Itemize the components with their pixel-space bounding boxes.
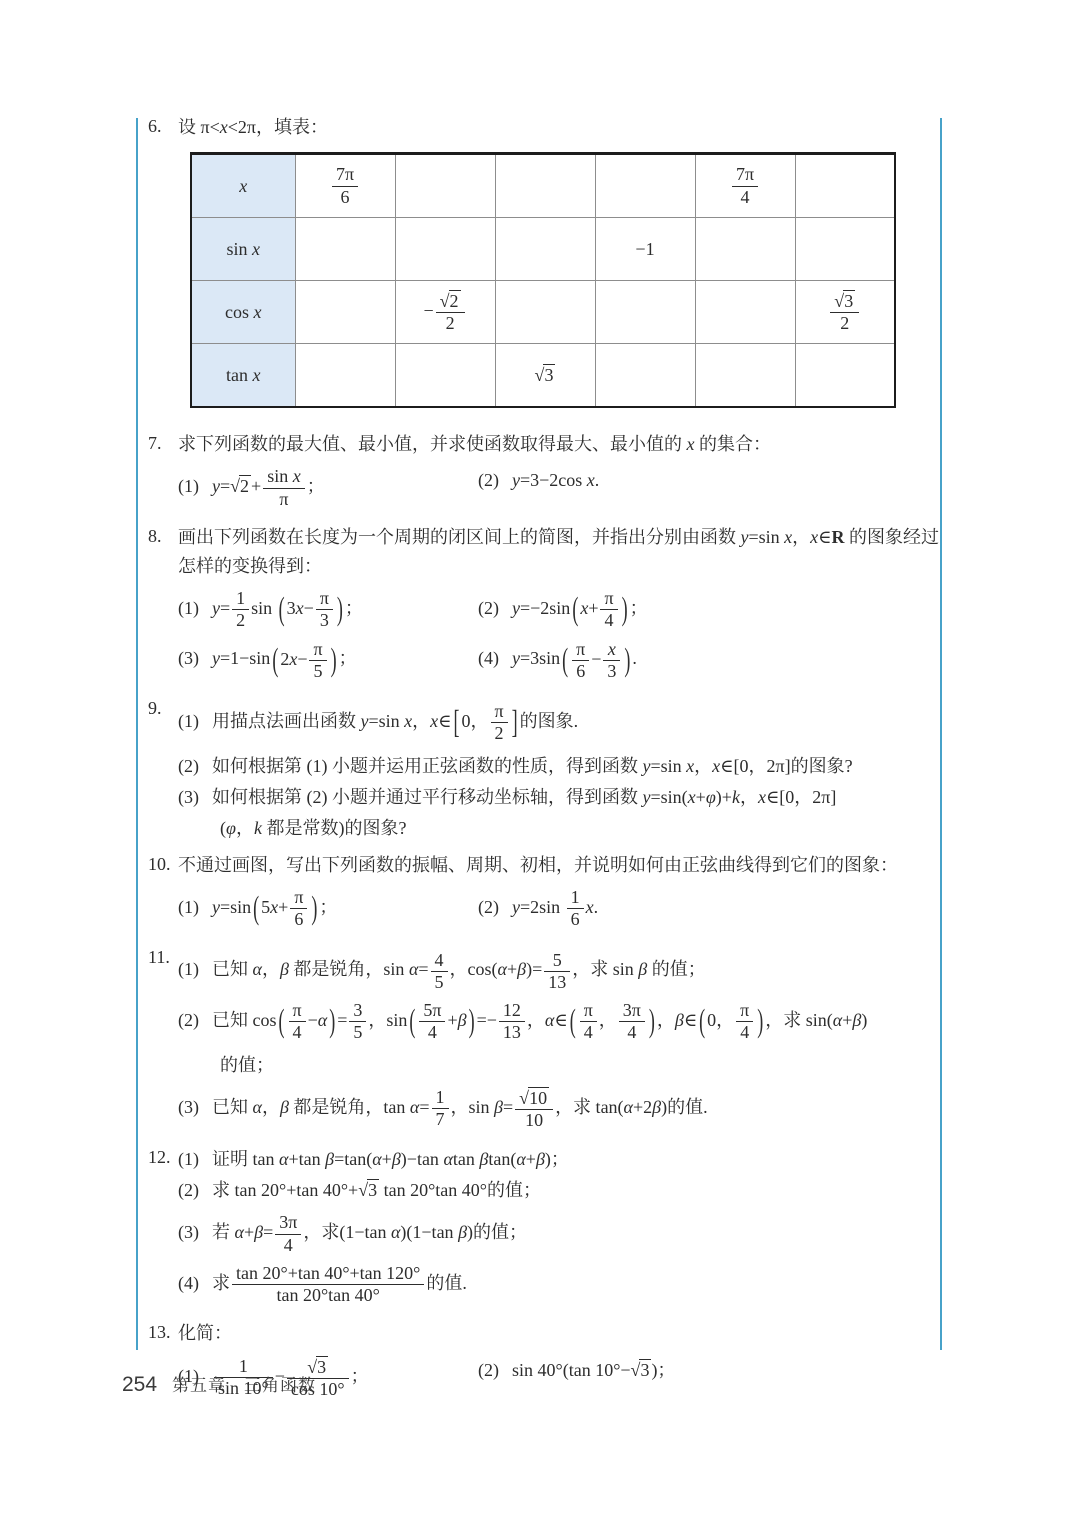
table-row-label: sin x — [191, 218, 295, 281]
exercise-7-body: 求下列函数的最大值、最小值，并求使函数取得最大、最小值的 x 的集合： (1)y… — [178, 429, 940, 517]
textbook-page: 6. 设 π<x<2π，填表： x7π67π4sin x−1cos x−√22√… — [0, 0, 1080, 1515]
exercise-7-part-2: (2)y=3−2cos x. — [478, 466, 599, 509]
exercise-7: 7. 求下列函数的最大值、最小值，并求使函数取得最大、最小值的 x 的集合： (… — [148, 429, 940, 517]
part-formula: sin 40°(tan 10°−√3)； — [512, 1360, 675, 1380]
part-formula: 如何根据第 (2) 小题并通过平行移动坐标轴，得到函数 y=sin(x+φ)+k… — [212, 787, 836, 807]
exercise-11-part-1: (1)已知 α，β 都是锐角，sin α=45，cos(α+β)=513，求 s… — [178, 950, 940, 993]
exercise-7-intro: 求下列函数的最大值、最小值，并求使函数取得最大、最小值的 x 的集合： — [178, 430, 940, 459]
table-row-label: x — [191, 154, 295, 218]
exercise-10-part-1: (1)y=sin(5x+π6)； — [178, 887, 478, 930]
table-cell: 7π6 — [295, 154, 395, 218]
exercise-9-part-3: (3)如何根据第 (2) 小题并通过平行移动坐标轴，得到函数 y=sin(x+φ… — [178, 783, 940, 812]
part-label: (2) — [178, 756, 199, 776]
exercise-12-body: (1)证明 tan α+tan β=tan(α+β)−tan αtan βtan… — [178, 1143, 940, 1313]
part-label: (3) — [178, 648, 199, 668]
exercise-number: 7. — [148, 429, 178, 458]
exercise-8-parts-row-2: (3)y=1−sin(2x−π5)； (4)y=3sin(π6−x3). — [178, 639, 940, 682]
right-accent-rule — [940, 118, 942, 1350]
exercise-number: 9. — [148, 694, 178, 723]
exercise-7-parts: (1)y=√2+sin xπ； (2)y=3−2cos x. — [178, 466, 940, 509]
exercise-12-part-4: (4)求tan 20°+tan 40°+tan 120°tan 20°tan 4… — [178, 1263, 940, 1306]
part-label: (2) — [178, 1180, 199, 1200]
part-formula: 用描点法画出函数 y=sin x，x∈[0，π2]的图象. — [212, 711, 578, 731]
part-label: (2) — [478, 470, 499, 490]
part-label: (3) — [178, 1222, 199, 1242]
exercise-9-body: (1)用描点法画出函数 y=sin x，x∈[0，π2]的图象. (2)如何根据… — [178, 694, 940, 845]
chapter-title: 第五章 三角函数 — [172, 1371, 316, 1396]
exercise-6-body: 设 π<x<2π，填表： x7π67π4sin x−1cos x−√22√32t… — [178, 112, 940, 424]
part-label: (1) — [178, 959, 199, 979]
exercise-6-intro: 设 π<x<2π，填表： — [178, 113, 940, 142]
exercise-7-part-1: (1)y=√2+sin xπ； — [178, 466, 478, 509]
part-formula: y=3sin(π6−x3). — [512, 648, 637, 668]
exercise-6: 6. 设 π<x<2π，填表： x7π67π4sin x−1cos x−√22√… — [148, 112, 940, 424]
exercise-8-body: 画出下列函数在长度为一个周期的闭区间上的简图，并指出分别由函数 y=sin x，… — [178, 522, 940, 689]
exercise-8-part-2: (2)y=−2sin(x+π4)； — [478, 588, 648, 631]
part-formula: y=√2+sin xπ； — [212, 476, 325, 496]
exercise-number: 6. — [148, 112, 178, 141]
part-formula: 求 tan 20°+tan 40°+√3 tan 20°tan 40°的值； — [212, 1180, 541, 1200]
part-label: (2) — [478, 897, 499, 917]
part-label: (4) — [178, 1273, 199, 1293]
part-label: (1) — [178, 598, 199, 618]
table-cell — [695, 218, 795, 281]
exercise-8-intro: 画出下列函数在长度为一个周期的闭区间上的简图，并指出分别由函数 y=sin x，… — [178, 523, 940, 581]
page-number: 254 — [122, 1373, 157, 1397]
exercise-10-intro: 不通过画图，写出下列函数的振幅、周期、初相，并说明如何由正弦曲线得到它们的图象： — [178, 851, 940, 880]
exercise-number: 11. — [148, 943, 178, 972]
table-row: cos x−√22√32 — [191, 281, 895, 344]
part-label: (2) — [178, 1010, 199, 1030]
table-cell — [395, 154, 495, 218]
exercise-6-table-body: x7π67π4sin x−1cos x−√22√32tan x√3 — [191, 154, 895, 408]
table-cell — [695, 281, 795, 344]
exercise-8-part-4: (4)y=3sin(π6−x3). — [478, 639, 637, 682]
page-footer: 254 第五章 三角函数 — [122, 1371, 316, 1397]
exercise-10: 10. 不通过画图，写出下列函数的振幅、周期、初相，并说明如何由正弦曲线得到它们… — [148, 850, 940, 938]
table-cell — [395, 218, 495, 281]
part-label: (1) — [178, 711, 199, 731]
part-formula: 已知 α，β 都是锐角，tan α=17，sin β=√1010，求 tan(α… — [212, 1097, 708, 1117]
exercise-6-table: x7π67π4sin x−1cos x−√22√32tan x√3 — [190, 152, 896, 408]
exercise-10-parts: (1)y=sin(5x+π6)； (2)y=2sin 16x. — [178, 887, 940, 930]
exercise-number: 12. — [148, 1143, 178, 1172]
table-cell — [595, 344, 695, 408]
table-cell — [295, 218, 395, 281]
table-row: x7π67π4 — [191, 154, 895, 218]
part-label: (1) — [178, 897, 199, 917]
exercise-11-body: (1)已知 α，β 都是锐角，sin α=45，cos(α+β)=513，求 s… — [178, 943, 940, 1139]
exercise-9: 9. (1)用描点法画出函数 y=sin x，x∈[0，π2]的图象. (2)如… — [148, 694, 940, 845]
part-formula: y=2sin 16x. — [512, 897, 598, 917]
part-formula: y=3−2cos x. — [512, 470, 599, 490]
exercise-10-body: 不通过画图，写出下列函数的振幅、周期、初相，并说明如何由正弦曲线得到它们的图象：… — [178, 850, 940, 938]
part-formula: y=1−sin(2x−π5)； — [212, 648, 357, 668]
table-cell — [495, 154, 595, 218]
table-row-label: cos x — [191, 281, 295, 344]
exercise-11-part-2-continued: 的值； — [178, 1051, 940, 1080]
table-row: sin x−1 — [191, 218, 895, 281]
table-cell — [595, 154, 695, 218]
exercise-number: 8. — [148, 522, 178, 551]
table-cell — [695, 344, 795, 408]
part-formula: (φ，k 都是常数)的图象? — [220, 818, 406, 838]
left-accent-rule — [136, 118, 138, 1350]
exercise-10-part-2: (2)y=2sin 16x. — [478, 887, 598, 930]
table-cell — [295, 344, 395, 408]
part-formula: 若 α+β=3π4，求(1−tan α)(1−tan β)的值； — [212, 1222, 527, 1242]
table-row-label: tan x — [191, 344, 295, 408]
exercise-number: 13. — [148, 1318, 178, 1347]
exercise-12-part-2: (2)求 tan 20°+tan 40°+√3 tan 20°tan 40°的值… — [178, 1176, 940, 1205]
table-cell: √3 — [495, 344, 595, 408]
part-formula: 证明 tan α+tan β=tan(α+β)−tan αtan βtan(α+… — [212, 1149, 569, 1169]
table-cell — [295, 281, 395, 344]
part-label: (4) — [478, 648, 499, 668]
table-cell: −√22 — [395, 281, 495, 344]
exercise-12-part-1: (1)证明 tan α+tan β=tan(α+β)−tan αtan βtan… — [178, 1145, 940, 1174]
exercise-9-part-2: (2)如何根据第 (1) 小题并运用正弦函数的性质，得到函数 y=sin x，x… — [178, 752, 940, 781]
exercises-content: 6. 设 π<x<2π，填表： x7π67π4sin x−1cos x−√22√… — [148, 112, 940, 1412]
table-cell — [395, 344, 495, 408]
exercise-11-part-3: (3)已知 α，β 都是锐角，tan α=17，sin β=√1010，求 ta… — [178, 1087, 940, 1131]
table-cell: √32 — [795, 281, 895, 344]
table-cell — [595, 281, 695, 344]
exercise-11-part-2: (2)已知 cos(π4−α)=35，sin(5π4+β)=−1213，α∈(π… — [178, 1000, 940, 1043]
exercise-13-intro: 化简： — [178, 1319, 940, 1348]
exercise-11: 11. (1)已知 α，β 都是锐角，sin α=45，cos(α+β)=513… — [148, 943, 940, 1139]
part-formula: 如何根据第 (1) 小题并运用正弦函数的性质，得到函数 y=sin x，x∈[0… — [212, 756, 853, 776]
exercise-13-part-2: (2)sin 40°(tan 10°−√3)； — [478, 1356, 675, 1400]
part-formula: y=sin(5x+π6)； — [212, 897, 337, 917]
table-row: tan x√3 — [191, 344, 895, 408]
exercise-8-parts-row-1: (1)y=12sin (3x−π3)； (2)y=−2sin(x+π4)； — [178, 588, 940, 631]
part-label: (2) — [478, 598, 499, 618]
part-label: (3) — [178, 1097, 199, 1117]
table-cell — [495, 281, 595, 344]
exercise-8-part-1: (1)y=12sin (3x−π3)； — [178, 588, 478, 631]
table-cell — [795, 218, 895, 281]
part-formula: y=12sin (3x−π3)； — [212, 598, 363, 618]
exercise-8-part-3: (3)y=1−sin(2x−π5)； — [178, 639, 478, 682]
table-cell — [795, 154, 895, 218]
part-formula: y=−2sin(x+π4)； — [512, 598, 648, 618]
part-formula: 的值； — [220, 1055, 274, 1075]
part-label: (2) — [478, 1360, 499, 1380]
part-label: (1) — [178, 476, 199, 496]
part-label: (1) — [178, 1149, 199, 1169]
table-cell: −1 — [595, 218, 695, 281]
exercise-number: 10. — [148, 850, 178, 879]
table-cell: 7π4 — [695, 154, 795, 218]
table-cell — [795, 344, 895, 408]
exercise-12: 12. (1)证明 tan α+tan β=tan(α+β)−tan αtan … — [148, 1143, 940, 1313]
part-label: (3) — [178, 787, 199, 807]
table-cell — [495, 218, 595, 281]
part-formula: 求tan 20°+tan 40°+tan 120°tan 20°tan 40°的… — [212, 1273, 467, 1293]
exercise-8: 8. 画出下列函数在长度为一个周期的闭区间上的简图，并指出分别由函数 y=sin… — [148, 522, 940, 689]
part-formula: 已知 cos(π4−α)=35，sin(5π4+β)=−1213，α∈(π4，3… — [212, 1010, 867, 1030]
part-formula: 已知 α，β 都是锐角，sin α=45，cos(α+β)=513，求 sin … — [212, 959, 706, 979]
exercise-9-part-1: (1)用描点法画出函数 y=sin x，x∈[0，π2]的图象. — [178, 701, 940, 744]
exercise-12-part-3: (3)若 α+β=3π4，求(1−tan α)(1−tan β)的值； — [178, 1212, 940, 1255]
exercise-9-part-3-continued: (φ，k 都是常数)的图象? — [178, 814, 940, 843]
